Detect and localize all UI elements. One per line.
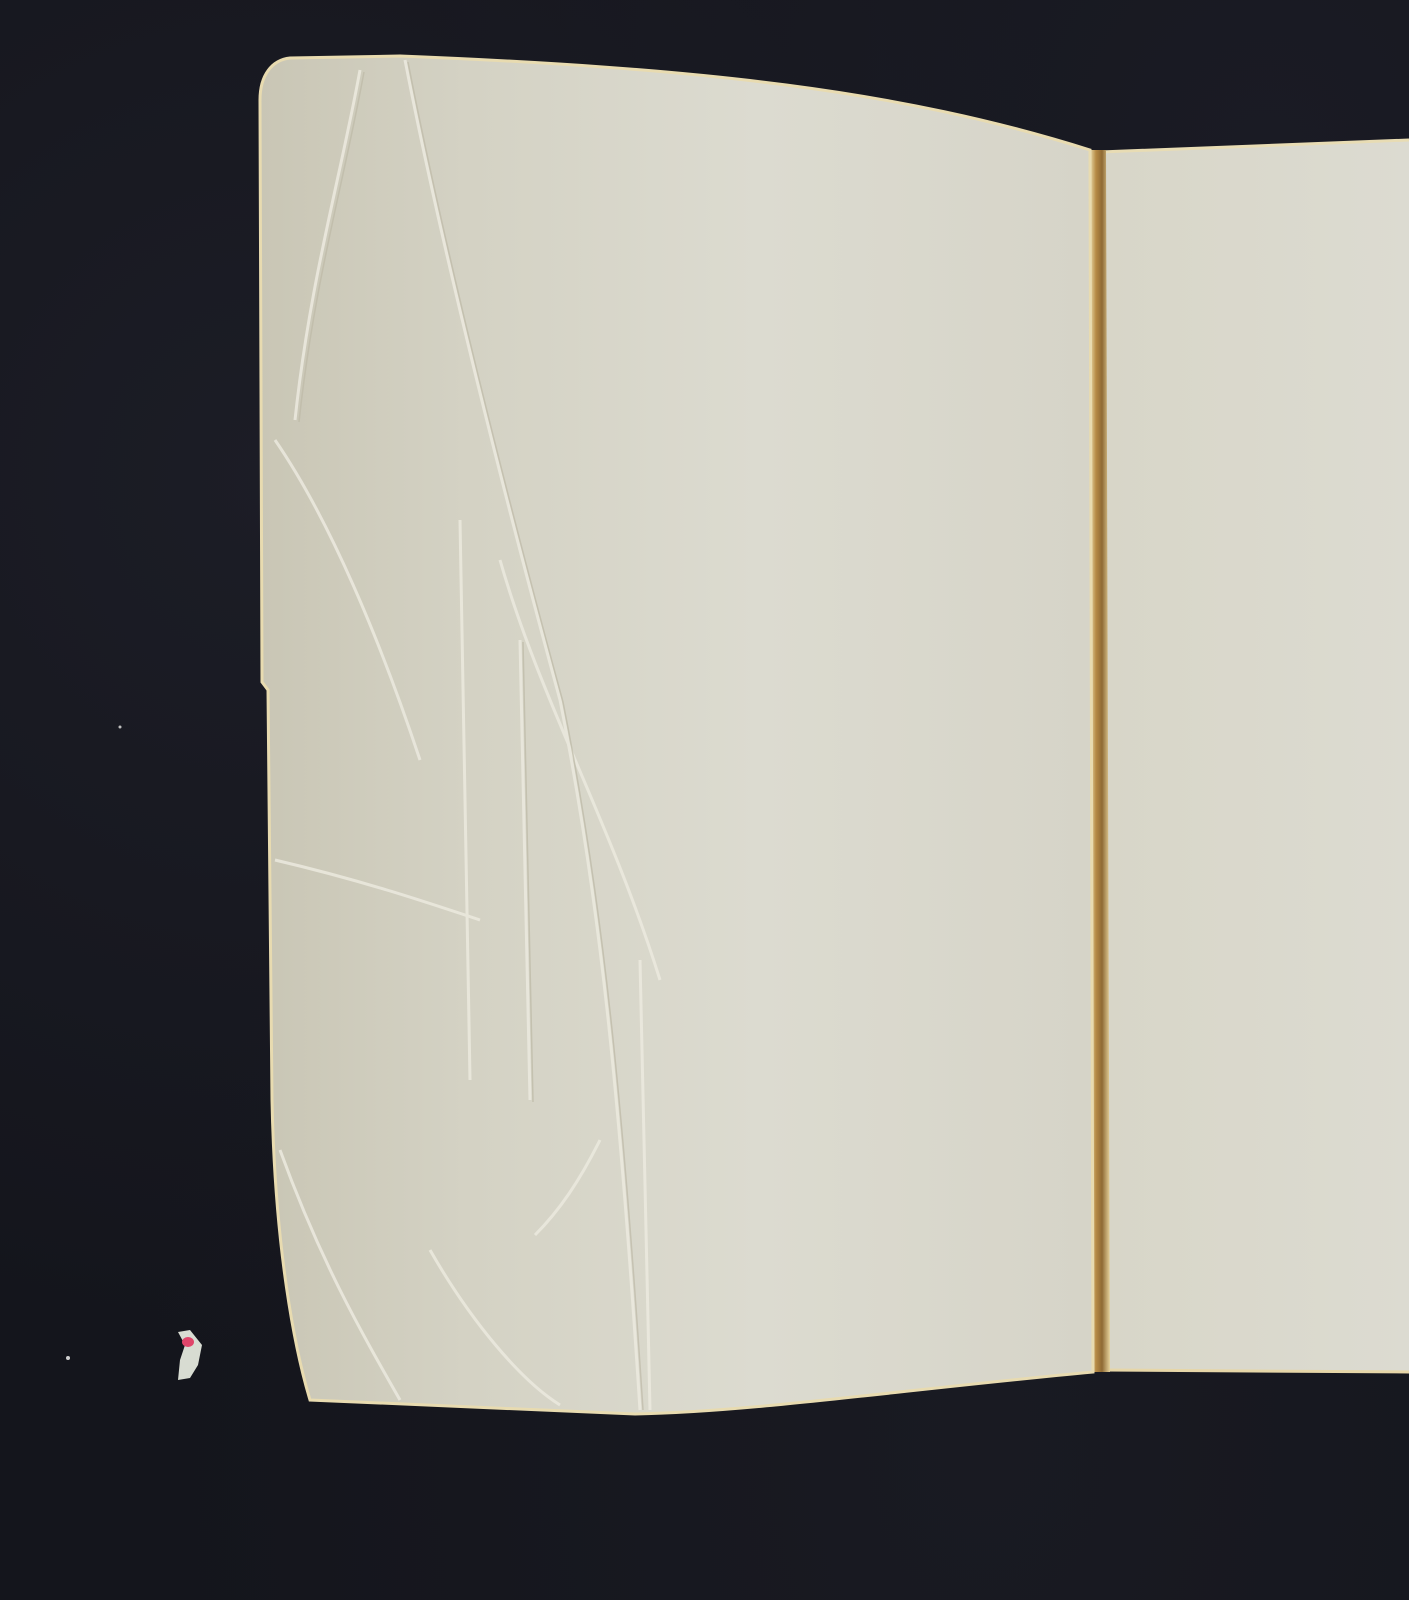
paper-scrap bbox=[178, 1330, 202, 1380]
photo-scene bbox=[0, 0, 1409, 1600]
left-page bbox=[260, 56, 1093, 1414]
dust-speck bbox=[66, 1356, 70, 1360]
book-illustration bbox=[0, 0, 1409, 1600]
right-page bbox=[1100, 140, 1409, 1372]
dust-speck bbox=[119, 726, 122, 729]
